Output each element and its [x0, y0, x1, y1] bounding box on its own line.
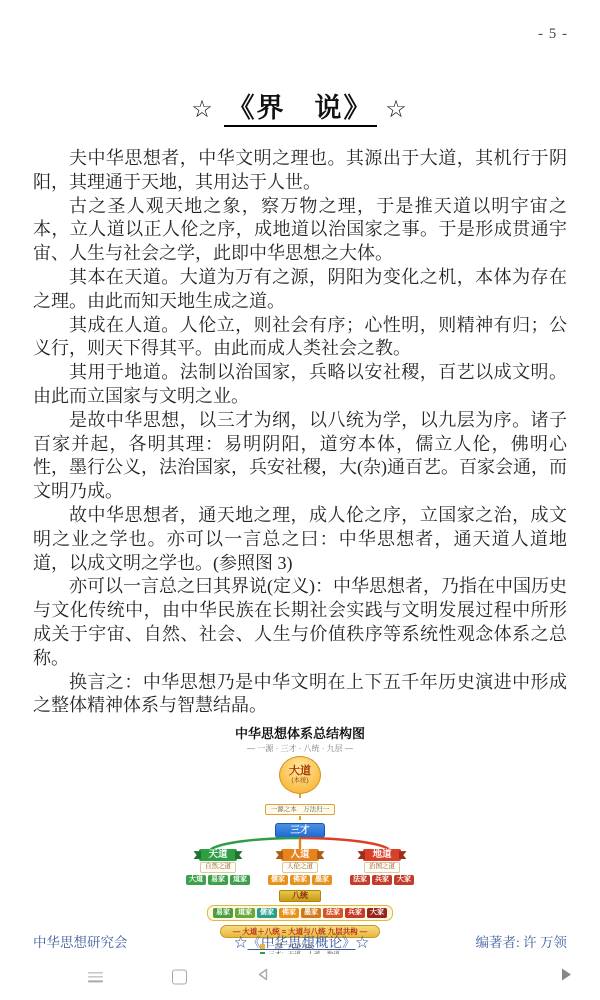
dadao-root-node: 大道 (本统) — [279, 756, 321, 794]
school-chip: 儒家 — [268, 875, 288, 885]
school-chip: 易家 — [213, 908, 233, 918]
school-chip: 墨家 — [301, 908, 321, 918]
school-chip: 法家 — [323, 908, 343, 918]
paragraph: 故中华思想者，通天地之理，成人伦之序，立国家之治，成文明之业之学也。亦可以一言总… — [33, 504, 567, 575]
paragraph: 其成在人道。人伦立，则社会有序；心性明，则精神有归；公义行，则天下得其平。由此而… — [33, 314, 567, 362]
school-chip: 法家 — [350, 875, 370, 885]
root-note: 一源之本 万法归一 — [265, 804, 336, 815]
school-chip: 道家 — [235, 908, 255, 918]
recents-icon[interactable] — [172, 970, 187, 985]
back-icon[interactable] — [256, 968, 270, 987]
footer-book-title[interactable]: ☆《中华思想概论》☆ — [234, 931, 369, 951]
android-navbar — [0, 954, 600, 1000]
school-chip: 墨家 — [312, 875, 332, 885]
paragraph: 是故中华思想，以三才为纲，以八统为学，以九层为序。诸子百家并起，各明其理：易明阴… — [33, 409, 567, 504]
page-footer: 中华思想研究会 ☆《中华思想概论》☆ 编著者: 许 万领 — [0, 931, 600, 951]
star-icon: ☆ — [385, 97, 409, 123]
school-chip: 兵家 — [345, 908, 365, 918]
banner-tiandao: 天道 — [199, 849, 236, 861]
school-chip: 佛家 — [290, 875, 310, 885]
school-chip: 大家 — [394, 875, 414, 885]
branches-row: 天道 自然之道 大道 易家 道家 人道 人伦之道 儒家 佛家 墨家 地道 — [180, 849, 420, 885]
star-icon: ☆ — [191, 97, 215, 123]
paragraph: 其本在天道。大道为万有之源，阴阳为变化之机，本体为存在之理。由此而知天地生成之道… — [33, 266, 567, 314]
document-body: 夫中华思想者，中华文明之理也。其源出于大道，其机行于阴阳，其理通于天地，其用达于… — [33, 147, 567, 718]
school-chip: 道家 — [230, 875, 250, 885]
school-chip: 佛家 — [279, 908, 299, 918]
paragraph: 古之圣人观天地之象，察万物之理，于是推天道以明宇宙之本，立人道以正人伦之序，成地… — [33, 195, 567, 266]
page-number: - 5 - — [538, 26, 568, 43]
page-title: ☆ 《界 说》 ☆ — [33, 86, 567, 125]
branch-tiandao: 天道 自然之道 大道 易家 道家 — [180, 849, 256, 885]
paragraph: 夫中华思想者，中华文明之理也。其源出于大道，其机行于阴阳，其理通于天地，其用达于… — [33, 147, 567, 195]
branch-didao: 地道 治国之道 法家 兵家 大家 — [344, 849, 420, 885]
menu-icon[interactable] — [88, 969, 103, 984]
branch-rendao: 人道 人伦之道 儒家 佛家 墨家 — [262, 849, 338, 885]
footer-organization: 中华思想研究会 — [33, 931, 128, 951]
banner-rendao: 人道 — [281, 849, 318, 861]
batong-schools-box: 易家 道家 儒家 佛家 墨家 法家 兵家 大家 — [207, 905, 393, 921]
sancai-node: 三才 — [275, 823, 324, 838]
paragraph: 亦可以一言总之曰其界说(定义)：中华思想者，乃指在中国历史与文化传统中，由中华民… — [33, 575, 567, 670]
batong-banner: 八统 — [279, 890, 321, 902]
school-chip: 大道 — [186, 875, 206, 885]
school-chip: 易家 — [208, 875, 228, 885]
school-chip: 兵家 — [372, 875, 392, 885]
paragraph: 其用于地道。法制以治国家，兵略以安社稷，百艺以成文明。由此而立国家与文明之业。 — [33, 361, 567, 409]
school-chip: 儒家 — [257, 908, 277, 918]
school-chip: 大家 — [367, 908, 387, 918]
footer-author: 编著者: 许 万领 — [475, 931, 567, 951]
title-text: 《界 说》 — [224, 93, 377, 127]
forward-icon[interactable] — [560, 968, 572, 987]
banner-didao: 地道 — [363, 849, 400, 861]
diagram-subtitle: — 一源 · 三才 · 八统 · 九层 — — [150, 743, 450, 754]
paragraph: 换言之：中华思想乃是中华文明在上下五千年历史演进中形成之整体精神体系与智慧结晶。 — [33, 671, 567, 719]
diagram-title: 中华思想体系总结构图 — [150, 723, 450, 742]
